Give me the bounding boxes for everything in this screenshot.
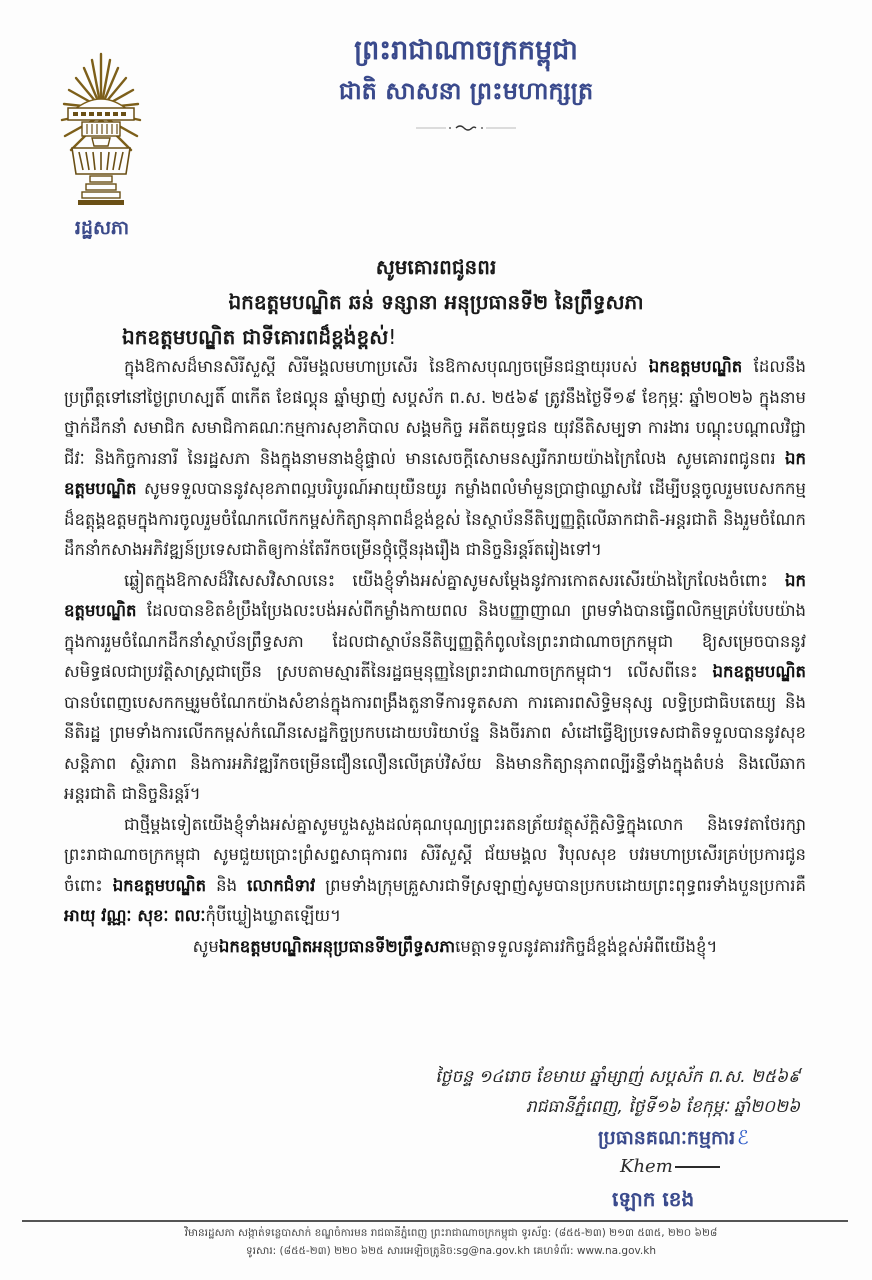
blessings-bold: អាយុ វណ្ណៈ សុខៈ ពលៈ [64, 906, 206, 925]
letter-body: ក្នុងឱកាសដ៏មានសិរីសួស្តី សិរីមង្គលមហាប្រ… [64, 352, 806, 962]
paragraph-1: ក្នុងឱកាសដ៏មានសិរីសួស្តី សិរីមង្គលមហាប្រ… [64, 352, 806, 566]
paragraph-text: ដែលបានខិតខំប្រឹងប្រែងលះបង់អស់ពីកម្លាំងកា… [64, 601, 806, 681]
letter-page: រដ្ឋសភា ព្រះរាជាណាចក្រកម្ពុជា ជាតិ សាសនា… [0, 0, 872, 1280]
signature-stroke [675, 1166, 720, 1168]
salutation-line: សូមគោរពជូនពរ [0, 250, 872, 284]
handwritten-signature: Khem [620, 1156, 798, 1186]
paragraph-text: ឆ្លៀតក្នុងឱកាសដ៏វិសេសវិសាលនេះ យើងខ្ញុំទា… [124, 571, 785, 590]
footer-divider [22, 1220, 848, 1222]
closing-text: សូម [193, 937, 219, 956]
footer-address: វិមានរដ្ឋសភា សង្កាត់ទន្លេបាសាក់ ខណ្ឌចំកា… [30, 1224, 872, 1242]
honorific-bold: លោកជំទាវ [247, 876, 315, 895]
greeting-text: ឯកឧត្តមបណ្ឌិត ជាទីគោរពដ៏ខ្ពង់ខ្ពស់ [122, 325, 388, 349]
paragraph-text: បានបំពេញបេសកកម្មរួមចំណែកយ៉ាងសំខាន់ក្នុងក… [64, 693, 806, 804]
signer-name: ឡោក ខេង [612, 1186, 798, 1212]
honorific-bold: ឯកឧត្តមបណ្ឌិត [713, 662, 806, 681]
header-ornament-icon [416, 124, 516, 132]
kingdom-header: ព្រះរាជាណាចក្រកម្ពុជា ជាតិ សាសនា ព្រះមហា… [0, 30, 872, 136]
kingdom-title: ព្រះរាជាណាចក្រកម្ពុជា [60, 30, 872, 72]
signer-title-text: ប្រធានគណៈកម្មការ [598, 1127, 735, 1149]
footer-contact: វិមានរដ្ឋសភា សង្កាត់ទន្លេបាសាក់ ខណ្ឌចំកា… [0, 1224, 872, 1260]
salutation: សូមគោរពជូនពរ ឯកឧត្តមបណ្ឌិត ឆន់ ទន្សានា អ… [0, 250, 872, 320]
national-motto: ជាតិ សាសនា ព្រះមហាក្សត្រ [60, 72, 872, 110]
honorific-bold: ឯកឧត្តមបណ្ឌិត [649, 357, 742, 376]
paragraph-text: ព្រមទាំងក្រុមគ្រួសារជាទីស្រឡាញ់សូមបានប្រ… [315, 876, 806, 895]
recipient-title: ឯកឧត្តមបណ្ឌិត ឆន់ ទន្សានា អនុប្រធានទី២ ន… [0, 284, 872, 320]
lunar-date: ថ្ងៃចន្ទ ១៤រោច ខែមាឃ ឆ្នាំម្សាញ់ សប្តស័ក… [435, 1062, 800, 1092]
closing-text: មេត្តាទទួលនូវគារវកិច្ចដ៏ខ្ពង់ខ្ពស់អំពីយើ… [455, 937, 717, 956]
signer-title: ប្រធានគណៈកម្មការℰ [598, 1124, 798, 1152]
paragraph-text: កុំបីឃ្លៀងឃ្លាតឡើយ។ [206, 906, 341, 925]
handwritten-mark: ℰ [737, 1127, 749, 1149]
solar-date: រាជធានីភ្នំពេញ, ថ្ងៃទី១៦ ខែកុម្ភៈ ឆ្នាំ២… [435, 1092, 800, 1122]
honorific-bold: ឯកឧត្តមបណ្ឌិត [113, 876, 206, 895]
organization-name: រដ្ឋសភា [62, 216, 142, 244]
greeting: ឯកឧត្តមបណ្ឌិត ជាទីគោរពដ៏ខ្ពង់ខ្ពស់! [122, 322, 396, 352]
closing-line: សូមឯកឧត្តមបណ្ឌិតអនុប្រធានទី២ព្រឹទ្ធសភាមេ… [64, 932, 806, 963]
signature-block: ប្រធានគណៈកម្មការℰ Khem ឡោក ខេង [598, 1124, 798, 1212]
paragraph-text: សូមទទួលបាននូវសុខភាពល្អបរិបូរណ៍អាយុយឺនយូរ… [64, 479, 806, 559]
date-block: ថ្ងៃចន្ទ ១៤រោច ខែមាឃ ឆ្នាំម្សាញ់ សប្តស័ក… [435, 1062, 800, 1122]
footer-fax-email-web: ទូរសារ: (៨៥៥-២៣) ២២០ ៦២៥ សារអេឡិចត្រូនិច… [30, 1242, 872, 1260]
paragraph-2: ឆ្លៀតក្នុងឱកាសដ៏វិសេសវិសាលនេះ យើងខ្ញុំទា… [64, 566, 806, 810]
closing-honorific: ឯកឧត្តមបណ្ឌិតអនុប្រធានទី២ព្រឹទ្ធសភា [219, 937, 455, 956]
paragraph-3: ជាថ្មីម្តងទៀតយើងខ្ញុំទាំងអស់គ្នាសូមបួងសួ… [64, 810, 806, 932]
paragraph-text: ក្នុងឱកាសដ៏មានសិរីសួស្តី សិរីមង្គលមហាប្រ… [124, 357, 649, 376]
paragraph-text: និង [206, 876, 247, 895]
greeting-punctuation: ! [388, 325, 396, 349]
signature-text: Khem [620, 1156, 673, 1177]
